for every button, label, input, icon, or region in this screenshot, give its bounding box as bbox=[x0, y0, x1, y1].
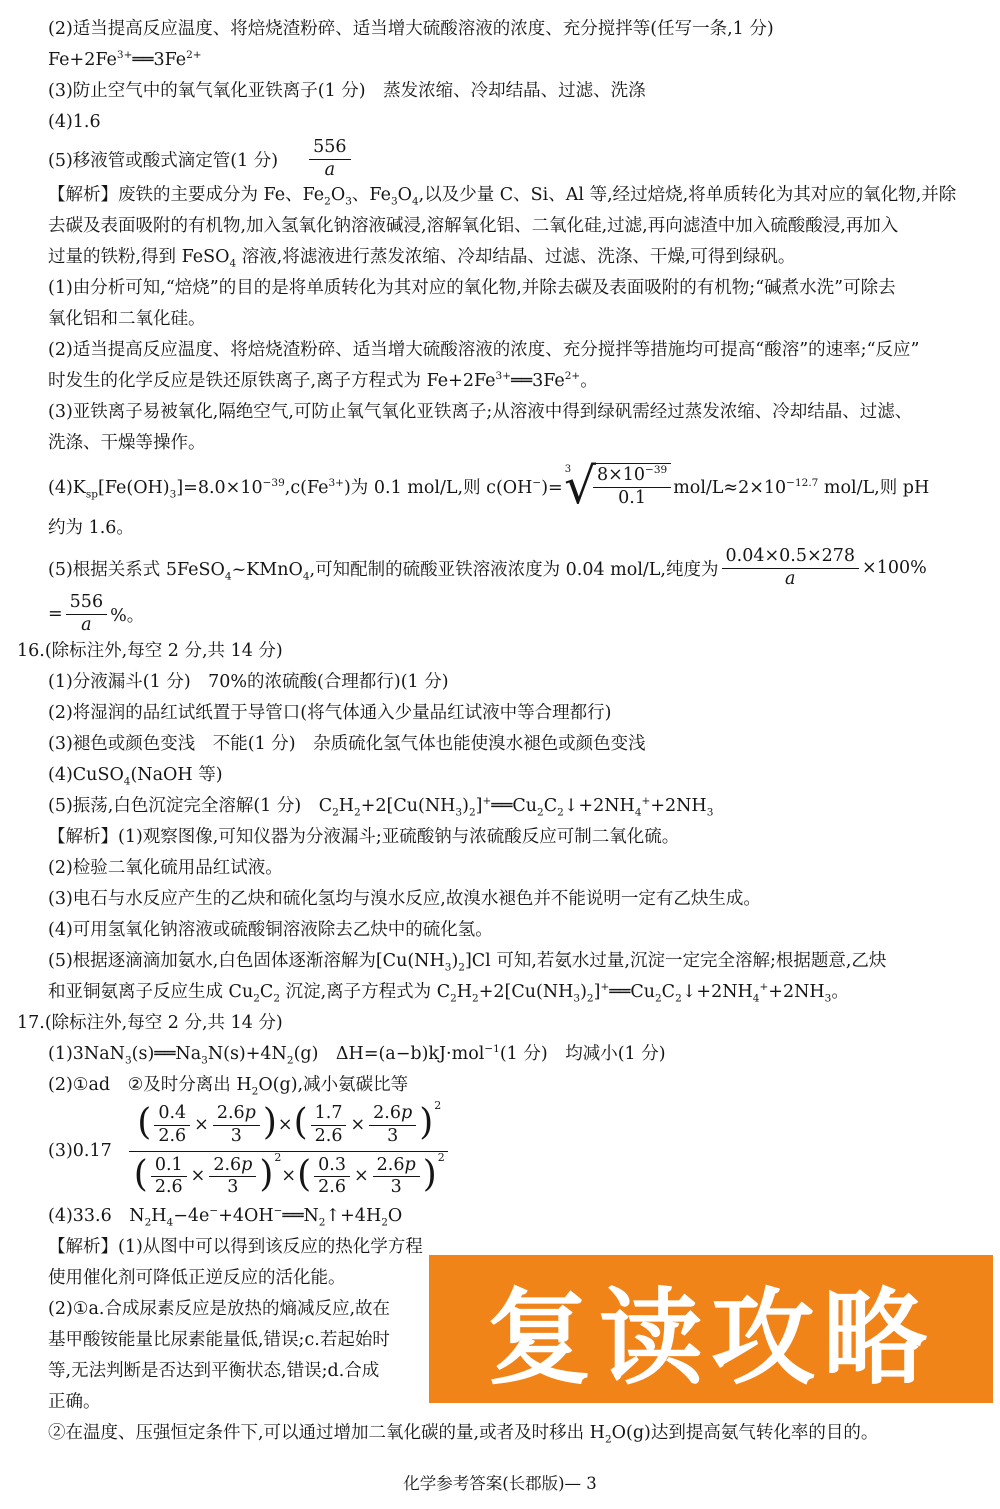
fraction-numerator: 556 bbox=[309, 137, 350, 160]
analysis-line-6: (2)适当提高反应温度、将焙烧渣粉碎、适当增大硫酸溶液的浓度、充分搅拌等措施均可… bbox=[48, 335, 986, 366]
times-sign: × bbox=[191, 1166, 206, 1187]
coefficient: 2.6 bbox=[213, 1155, 241, 1175]
fraction-denominator: 2.6 bbox=[311, 1126, 347, 1148]
fraction-numerator: 8×10−39 bbox=[593, 465, 671, 488]
fraction-denominator: 2.6 bbox=[151, 1177, 187, 1199]
q17-answer-1: (1)3NaN3(s)══Na3N(s)+4N2(g) ΔH=(a−b)kJ·m… bbox=[48, 1039, 986, 1070]
q16-analysis-1: 【解析】(1)观察图像,可知仪器为分液漏斗;亚硫酸钠与浓硫酸反应可制二氧化硫。 bbox=[48, 822, 986, 853]
fraction-denominator: a bbox=[781, 569, 799, 591]
percent-text: %。 bbox=[110, 602, 144, 627]
fraction-denominator: 3 bbox=[227, 1126, 246, 1148]
mini-fraction: 0.1 2.6 bbox=[151, 1155, 187, 1200]
factor-group-3: ( 0.1 2.6 × 2.6p 3 ) 2 bbox=[134, 1155, 281, 1200]
fraction-556-over-a: 556 a bbox=[309, 137, 350, 182]
q16-answer-2: (2)将湿润的品红试纸置于导管口(将气体通入少量品红试液中等合理都行) bbox=[48, 698, 986, 729]
analysis-line-3: 过量的铁粉,得到 FeSO4 溶液,将滤液进行蒸发浓缩、冷却结晶、过滤、洗涤、干… bbox=[48, 242, 986, 273]
coefficient: 2.6 bbox=[373, 1103, 401, 1123]
q16-answer-3: (3)褪色或颜色变浅 不能(1 分) 杂质硫化氢气体也能使溴水褪色或颜色变浅 bbox=[48, 729, 986, 760]
big-fraction-denominator: ( 0.1 2.6 × 2.6p 3 ) 2 bbox=[126, 1152, 452, 1203]
q17-pressure-quotient: ( 0.4 2.6 × 2.6p 3 ) × bbox=[126, 1100, 452, 1203]
variable-p: p bbox=[245, 1103, 256, 1123]
right-paren: ) bbox=[259, 1157, 273, 1193]
q16-analysis-2: (2)检验二氧化硫用品红试液。 bbox=[48, 853, 986, 884]
mini-fraction: 1.7 2.6 bbox=[311, 1103, 347, 1148]
purity-pre-text: (5)根据关系式 5FeSO4~KMnO4,可知配制的硫酸亚铁溶液浓度为 0.0… bbox=[48, 556, 719, 581]
equals-sign: = bbox=[48, 604, 63, 624]
fraction-numerator: 0.3 bbox=[314, 1155, 350, 1178]
fraction-numerator: 556 bbox=[66, 592, 107, 615]
analysis-line-10: 约为 1.6。 bbox=[48, 513, 986, 544]
factor-group-2: ( 1.7 2.6 × 2.6p 3 ) 2 bbox=[294, 1103, 441, 1148]
mini-fraction-p: 2.6p 3 bbox=[373, 1155, 420, 1200]
times-sign: × bbox=[354, 1166, 369, 1187]
group-content: 0.3 2.6 × 2.6p 3 bbox=[311, 1155, 423, 1200]
analysis-line-1: 【解析】废铁的主要成分为 Fe、Fe2O3、Fe3O4,以及少量 C、Si、Al… bbox=[48, 180, 986, 211]
fraction-denominator: a bbox=[321, 160, 339, 182]
q17-answer-2: (2)①ad ②及时分离出 H2O(g),减小氨碳比等 bbox=[48, 1070, 986, 1101]
right-paren: ) bbox=[419, 1105, 433, 1141]
analysis-line-7: 时发生的化学反应是铁还原铁离子,离子方程式为 Fe+2Fe3+══3Fe2+。 bbox=[48, 366, 986, 397]
big-fraction-numerator: ( 0.4 2.6 × 2.6p 3 ) × bbox=[129, 1100, 448, 1152]
fraction-numerator: 0.1 bbox=[151, 1155, 187, 1178]
cube-root: 3 √ 8×10−39 0.1 bbox=[565, 463, 672, 510]
fraction-numerator: 2.6p bbox=[373, 1155, 420, 1178]
times-sign: × bbox=[350, 1115, 365, 1136]
mini-fraction: 0.4 2.6 bbox=[154, 1103, 190, 1148]
root-fraction: 8×10−39 0.1 bbox=[593, 463, 671, 510]
variable-p: p bbox=[401, 1103, 412, 1123]
mini-fraction: 0.3 2.6 bbox=[314, 1155, 350, 1200]
promo-banner: 复读攻略 bbox=[429, 1255, 993, 1403]
root-index: 3 bbox=[565, 464, 571, 475]
fraction-numerator: 1.7 bbox=[311, 1103, 347, 1126]
q16-answer-4: (4)CuSO4(NaOH 等) bbox=[48, 760, 986, 791]
variable-p: p bbox=[405, 1155, 416, 1175]
q17-answer-3: (3)0.17 ( 0.4 2.6 × 2.6p 3 bbox=[48, 1101, 986, 1201]
fraction-denominator: a bbox=[77, 615, 95, 637]
analysis-purity-result-line: = 556 a %。 bbox=[48, 592, 986, 636]
fraction-numerator: 0.4 bbox=[154, 1103, 190, 1126]
prev-answer-2: (2)适当提高反应温度、将焙烧渣粉碎、适当增大硫酸溶液的浓度、充分搅拌等(任写一… bbox=[48, 14, 986, 45]
coefficient: 2.6 bbox=[217, 1103, 245, 1123]
q17-analysis-7: ②在温度、压强恒定条件下,可以通过增加二氧化碳的量,或者及时移出 H2O(g)达… bbox=[48, 1418, 986, 1449]
prev-answer-5-text: (5)移液管或酸式滴定管(1 分) bbox=[48, 147, 278, 172]
q17-answer-4: (4)33.6 N2H4−4e−+4OH−══N2↑+4H2O bbox=[48, 1201, 986, 1232]
exponent: 2 bbox=[438, 1151, 445, 1164]
question-16-heading: 16.(除标注外,每空 2 分,共 14 分) bbox=[17, 636, 986, 667]
q16-analysis-3: (3)电石与水反应产生的乙炔和硫化氢均与溴水反应,故溴水褪色并不能说明一定有乙炔… bbox=[48, 884, 986, 915]
right-paren: ) bbox=[423, 1157, 437, 1193]
purity-post-text: ×100% bbox=[862, 558, 927, 578]
purity-fraction: 0.04×0.5×278 a bbox=[722, 546, 860, 591]
group-content: 0.4 2.6 × 2.6p 3 bbox=[151, 1103, 263, 1148]
exponent: 2 bbox=[434, 1099, 441, 1112]
fraction-denominator: 0.1 bbox=[614, 488, 650, 510]
analysis-ksp-line: (4)Ksp[Fe(OH)3]=8.0×10−39,c(Fe3+)为 0.1 m… bbox=[48, 459, 986, 513]
page-footer: 化学参考答案(长郡版)— 3 bbox=[0, 1468, 1000, 1499]
group-content: 0.1 2.6 × 2.6p 3 bbox=[148, 1155, 260, 1200]
analysis-purity-line: (5)根据关系式 5FeSO4~KMnO4,可知配制的硫酸亚铁溶液浓度为 0.0… bbox=[48, 544, 986, 592]
times-sign: × bbox=[194, 1115, 209, 1136]
exponent: 2 bbox=[274, 1151, 281, 1164]
q17-answer-3-label: (3)0.17 bbox=[48, 1141, 112, 1161]
mini-fraction-p: 2.6p 3 bbox=[209, 1155, 256, 1200]
mini-fraction-p: 2.6p 3 bbox=[213, 1103, 260, 1148]
q16-analysis-4: (4)可用氢氧化钠溶液或硫酸铜溶液除去乙炔中的硫化氢。 bbox=[48, 915, 986, 946]
q16-answer-1: (1)分液漏斗(1 分) 70%的浓硫酸(合理都行)(1 分) bbox=[48, 667, 986, 698]
variable-p: p bbox=[241, 1155, 252, 1175]
q16-answer-5: (5)振荡,白色沉淀完全溶解(1 分) C2H2+2[Cu(NH3)2]+══C… bbox=[48, 791, 986, 822]
prev-answer-2-equation: Fe+2Fe3+══3Fe2+ bbox=[48, 45, 986, 76]
question-17-heading: 17.(除标注外,每空 2 分,共 14 分) bbox=[17, 1008, 986, 1039]
analysis-line-2: 去碳及表面吸附的有机物,加入氢氧化钠溶液碱浸,溶解氧化铝、二氧化硅,过滤,再向滤… bbox=[48, 211, 986, 242]
times-sign: × bbox=[281, 1166, 296, 1187]
factor-group-1: ( 0.4 2.6 × 2.6p 3 ) bbox=[137, 1103, 277, 1148]
fraction-numerator: 0.04×0.5×278 bbox=[722, 546, 860, 569]
analysis-line-9: 洗涤、干燥等操作。 bbox=[48, 428, 986, 459]
fraction-numerator: 2.6p bbox=[209, 1155, 256, 1178]
result-fraction: 556 a bbox=[66, 592, 107, 637]
ksp-pre-text: (4)Ksp[Fe(OH)3]=8.0×10−39,c(Fe3+)为 0.1 m… bbox=[48, 474, 563, 499]
fraction-numerator: 2.6p bbox=[369, 1103, 416, 1126]
right-paren: ) bbox=[263, 1105, 277, 1141]
analysis-line-5: 氧化铝和二氧化硅。 bbox=[48, 304, 986, 335]
left-paren: ( bbox=[294, 1105, 308, 1141]
fraction-denominator: 2.6 bbox=[314, 1177, 350, 1199]
ksp-post-text: mol/L≈2×10−12.7 mol/L,则 pH bbox=[673, 474, 929, 499]
q16-analysis-5b: 和亚铜氨离子反应生成 Cu2C2 沉淀,离子方程式为 C2H2+2[Cu(NH3… bbox=[48, 977, 986, 1008]
group-content: 1.7 2.6 × 2.6p 3 bbox=[308, 1103, 420, 1148]
left-paren: ( bbox=[297, 1157, 311, 1193]
prev-answer-4: (4)1.6 bbox=[48, 107, 986, 138]
mini-fraction-p: 2.6p 3 bbox=[369, 1103, 416, 1148]
coefficient: 2.6 bbox=[377, 1155, 405, 1175]
fraction-denominator: 3 bbox=[383, 1126, 402, 1148]
prev-answer-3: (3)防止空气中的氧气氧化亚铁离子(1 分) 蒸发浓缩、冷却结晶、过滤、洗涤 bbox=[48, 76, 986, 107]
times-sign: × bbox=[278, 1115, 293, 1136]
fraction-denominator: 3 bbox=[387, 1177, 406, 1199]
analysis-line-4: (1)由分析可知,“焙烧”的目的是将单质转化为其对应的氧化物,并除去碳及表面吸附… bbox=[48, 273, 986, 304]
fraction-denominator: 3 bbox=[223, 1177, 242, 1199]
fraction-numerator: 2.6p bbox=[213, 1103, 260, 1126]
prev-answer-5: (5)移液管或酸式滴定管(1 分) 556 a bbox=[48, 138, 986, 180]
promo-banner-text: 复读攻略 bbox=[487, 1254, 935, 1404]
fraction-denominator: 2.6 bbox=[154, 1126, 190, 1148]
analysis-line-8: (3)亚铁离子易被氧化,隔绝空气,可防止氧气氧化亚铁离子;从溶液中得到绿矾需经过… bbox=[48, 397, 986, 428]
q16-analysis-5a: (5)根据逐滴滴加氨水,白色固体逐渐溶解为[Cu(NH3)2]Cl 可知,若氨水… bbox=[48, 946, 986, 977]
left-paren: ( bbox=[134, 1157, 148, 1193]
answer-sheet-page: (2)适当提高反应温度、将焙烧渣粉碎、适当增大硫酸溶液的浓度、充分搅拌等(任写一… bbox=[0, 0, 1000, 1509]
left-paren: ( bbox=[137, 1105, 151, 1141]
factor-group-4: ( 0.3 2.6 × 2.6p 3 ) 2 bbox=[297, 1155, 444, 1200]
